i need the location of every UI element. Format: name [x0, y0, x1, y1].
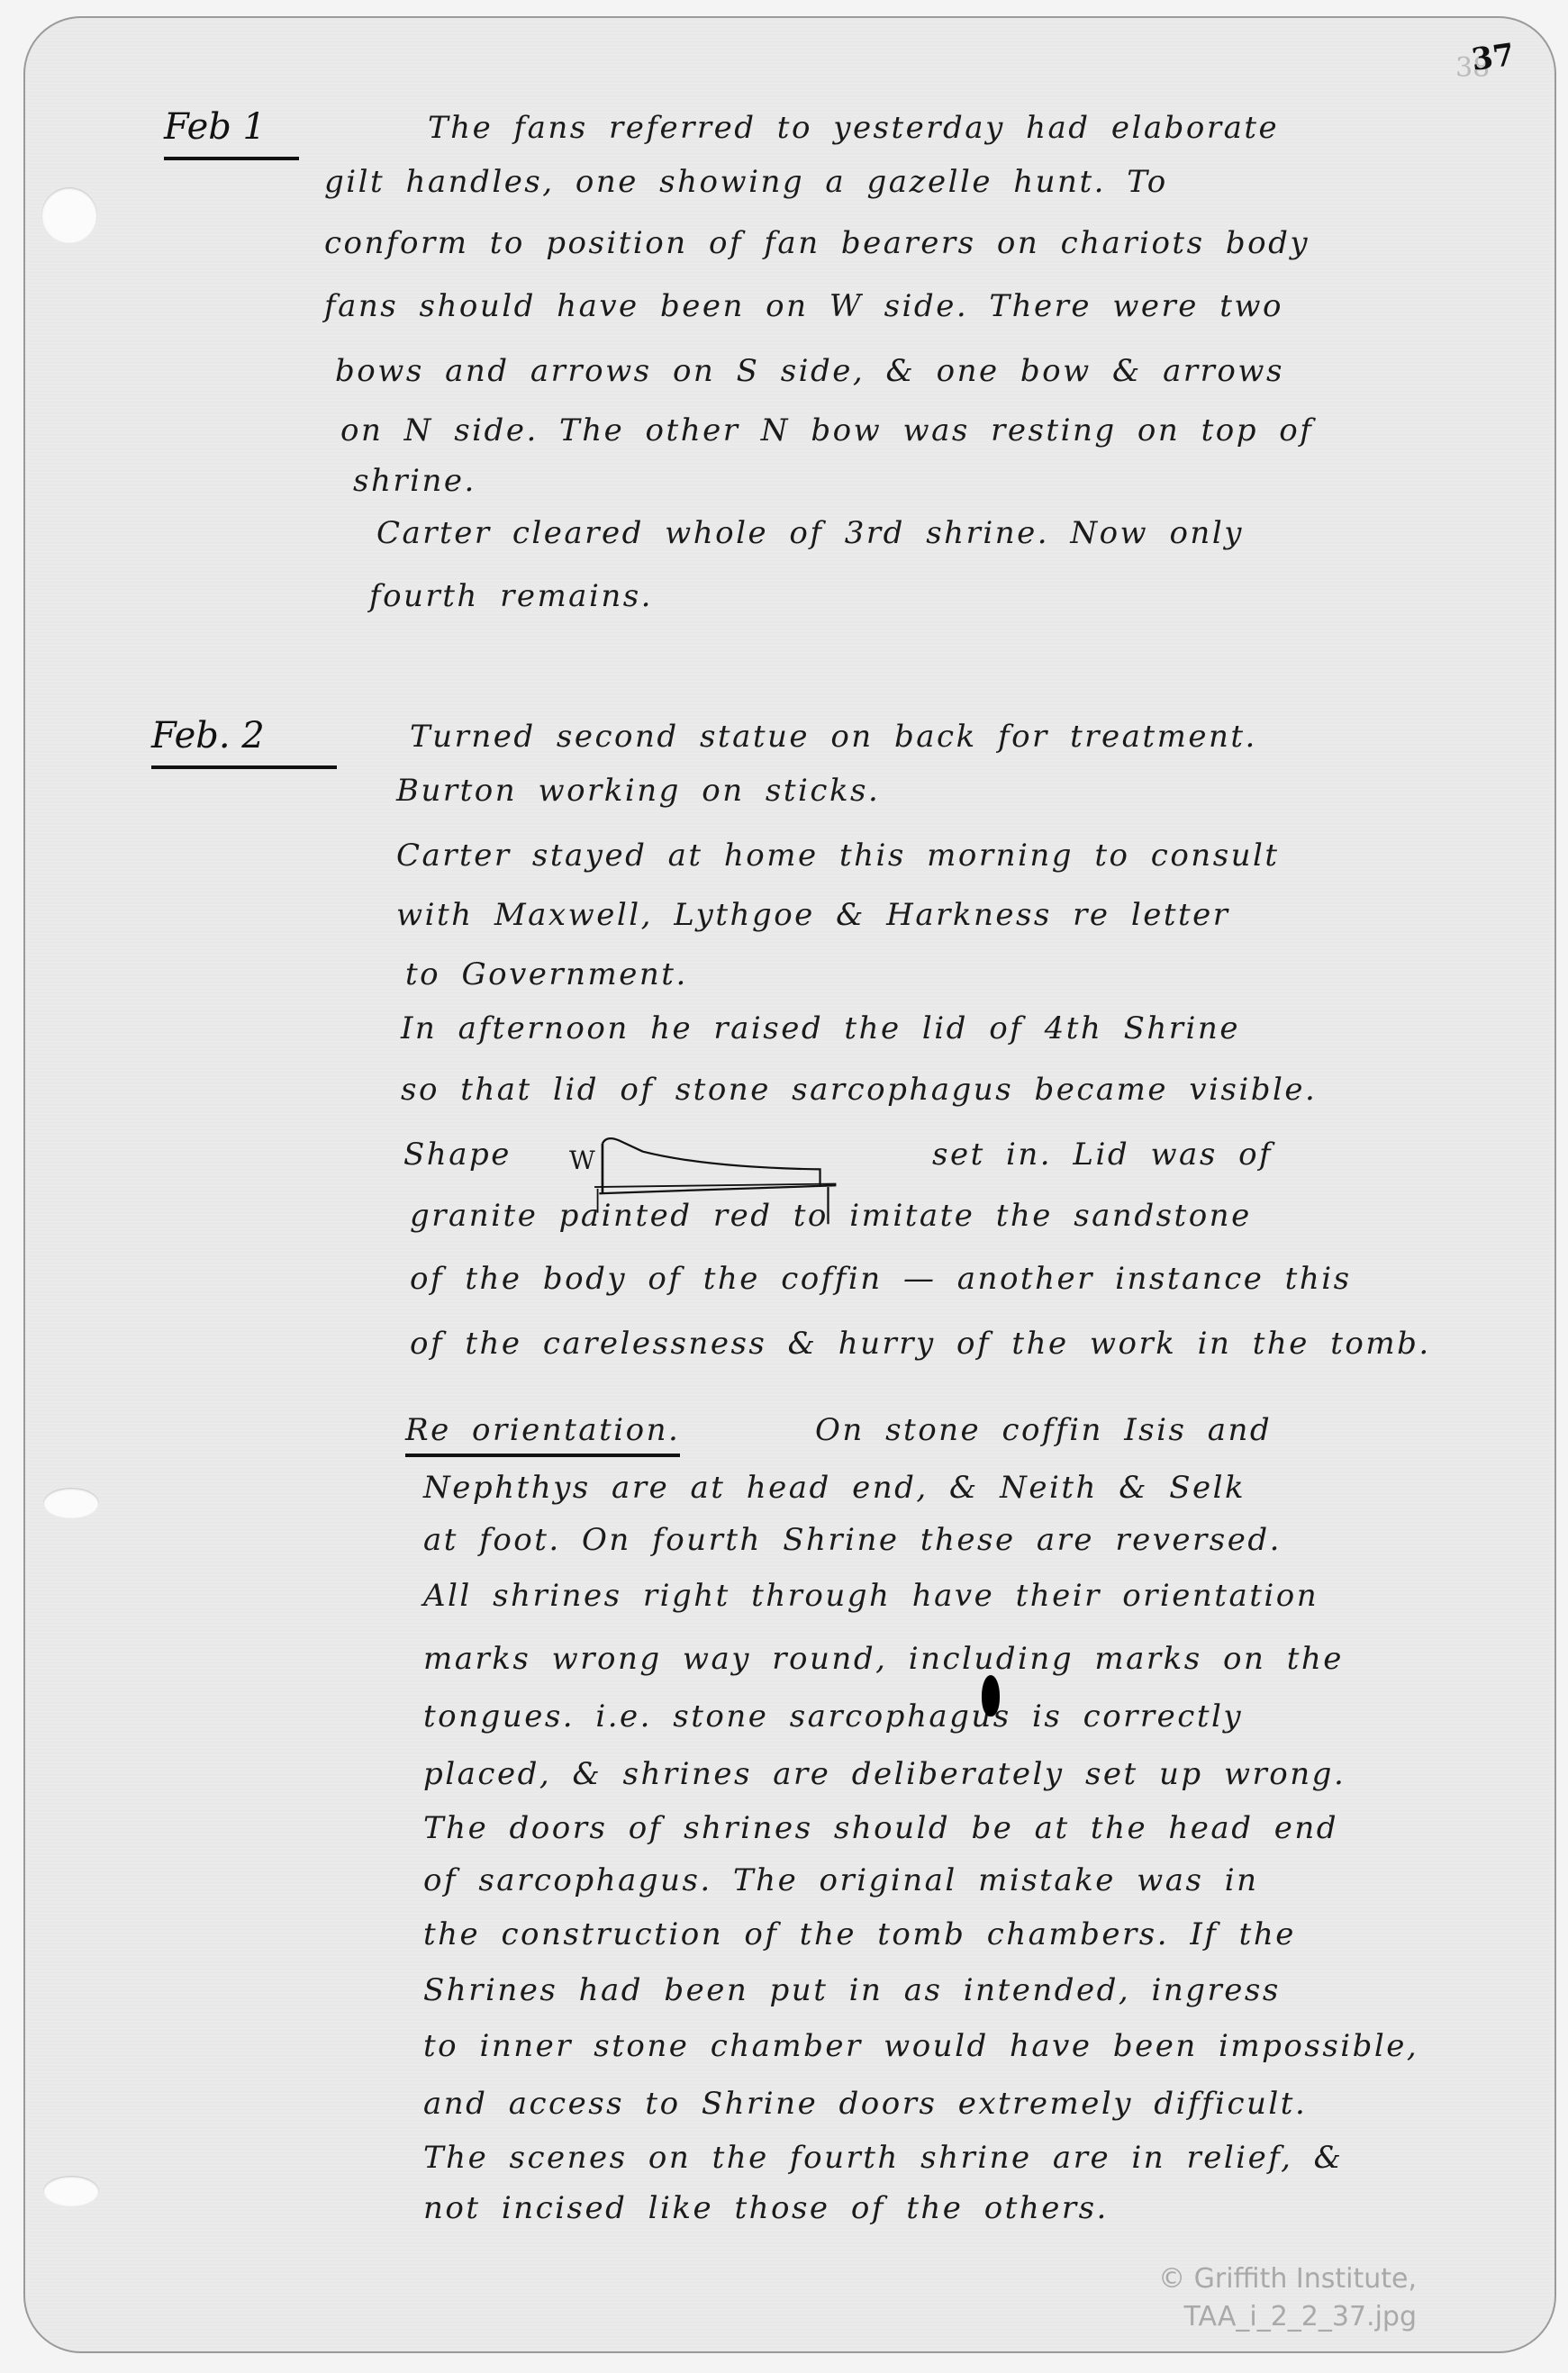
entry-line: not incised like those of the others.: [423, 2190, 1109, 2226]
entry-line: and access to Shrine doors extremely dif…: [423, 2086, 1307, 2122]
entry-line: The fans referred to yesterday had elabo…: [428, 110, 1279, 146]
entry-line: so that lid of stone sarcophagus became …: [401, 1072, 1317, 1108]
entry-line: to Government.: [405, 956, 688, 992]
watermark-line-1: © Griffith Institute,: [1158, 2260, 1417, 2298]
entry-line: with Maxwell, Lythgoe & Harkness re lett…: [396, 897, 1230, 933]
entry-line: to inner stone chamber would have been i…: [423, 2028, 1418, 2064]
entry-line: The doors of shrines should be at the he…: [423, 1810, 1338, 1846]
entry-line: On stone coffin Isis and: [815, 1412, 1272, 1448]
punch-hole-middle: [43, 1488, 99, 1518]
entry-line: placed, & shrines are deliberately set u…: [423, 1756, 1346, 1792]
entry-line: tongues. i.e. stone sarcophagus is corre…: [423, 1698, 1243, 1734]
entry-line: Nephthys are at head end, & Neith & Selk: [423, 1470, 1246, 1506]
orientation-heading: Re orientation.: [405, 1412, 680, 1457]
entry-line: bows and arrows on S side, & one bow & a…: [335, 353, 1284, 389]
ink-blot: [982, 1675, 1000, 1716]
entry-line: Carter cleared whole of 3rd shrine. Now …: [376, 515, 1244, 551]
punch-hole-bottom: [43, 2176, 99, 2206]
sketch-label-w: W: [569, 1146, 597, 1175]
entry-line: marks wrong way round, including marks o…: [423, 1641, 1344, 1677]
entry-line: fourth remains.: [369, 578, 653, 614]
watermark-line-2: TAA_i_2_2_37.jpg: [1158, 2298, 1417, 2336]
entry-line: at foot. On fourth Shrine these are reve…: [423, 1522, 1282, 1558]
shape-suffix: set in. Lid was of: [932, 1137, 1273, 1173]
punch-hole-top: [41, 187, 97, 243]
entry-date-feb-2: Feb. 2: [151, 715, 337, 769]
entry-line: Turned second statue on back for treatme…: [410, 719, 1257, 755]
entry-line: granite painted red to imitate the sands…: [410, 1198, 1252, 1234]
entry-line: gilt handles, one showing a gazelle hunt…: [324, 164, 1168, 200]
entry-line: of sarcophagus. The original mistake was…: [423, 1862, 1259, 1898]
entry-line: Carter stayed at home this morning to co…: [396, 838, 1280, 874]
entry-line: Burton working on sticks.: [396, 773, 880, 809]
entry-line: conform to position of fan bearers on ch…: [324, 225, 1310, 261]
entry-line: on N side. The other N bow was resting o…: [340, 412, 1313, 448]
entry-line: In afternoon he raised the lid of 4th Sh…: [401, 1010, 1240, 1046]
copyright-watermark: © Griffith Institute, TAA_i_2_2_37.jpg: [1158, 2260, 1417, 2336]
entry-line: shrine.: [353, 463, 476, 499]
entry-date-feb-1: Feb 1: [164, 106, 299, 160]
entry-line: All shrines right through have their ori…: [423, 1578, 1319, 1614]
page-number: 37: [1469, 37, 1516, 78]
entry-line: of the body of the coffin — another inst…: [410, 1261, 1352, 1297]
entry-line: The scenes on the fourth shrine are in r…: [423, 2140, 1343, 2176]
entry-line: fans should have been on W side. There w…: [324, 288, 1283, 324]
entry-line: of the carelessness & hurry of the work …: [410, 1326, 1431, 1362]
entry-line: the construction of the tomb chambers. I…: [423, 1916, 1296, 1952]
shape-label: Shape: [403, 1137, 512, 1173]
entry-line: Shrines had been put in as intended, ing…: [423, 1972, 1281, 2008]
